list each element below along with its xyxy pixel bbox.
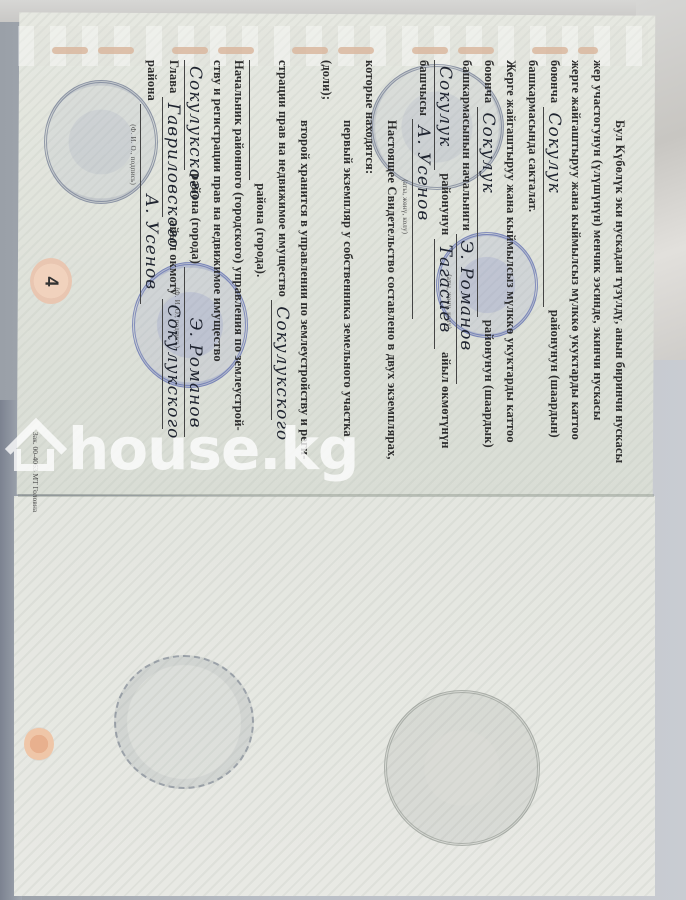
district-field: Сокулукского — [162, 299, 179, 429]
watermark-text: house.kg — [68, 420, 358, 478]
district-field: Сокулук — [543, 107, 560, 307]
district-field: Сокулук — [477, 107, 494, 317]
signature-field: А. Усенов(Ф. И. О., подпись) — [140, 104, 157, 304]
embossed-seal — [384, 690, 540, 846]
text-line: боюнча Сокулук районунун (шаардын) — [543, 60, 565, 490]
text-line: башчысы А. Усенов(аты, жөнү, колу) — [412, 60, 434, 490]
ornament-dash — [218, 47, 254, 54]
house-icon — [8, 425, 60, 473]
signature-field: А. Усенов(аты, жөнү, колу) — [412, 119, 429, 319]
ornament-dash — [458, 47, 494, 54]
page-fold — [18, 494, 654, 497]
watermark: house.kg — [8, 420, 358, 478]
village-field: Тагасиев — [434, 239, 451, 349]
security-rosette-icon — [24, 727, 54, 761]
ornament-dash — [532, 47, 568, 54]
district-field: Сокулук — [434, 60, 451, 170]
signature-field: Э. Романов(аты, жөнү, колу) — [456, 234, 473, 384]
text-line: жер участогунун (үлүшүнүн) менчик ээсинд… — [586, 60, 608, 490]
text-line: Бул Күбөлүк эки нускадан түзүлдү, анын б… — [608, 60, 630, 490]
district-field — [249, 60, 266, 180]
certificate-page-lower — [14, 496, 655, 896]
text-line: Жерге жайгаштыруу жана кыймылсыз мүлккө … — [499, 60, 521, 490]
text-line: башкармасында сакталат. — [521, 60, 543, 490]
ornament-dash — [412, 47, 448, 54]
text-line: боюнча Сокулук районунун (шаардык) — [477, 60, 499, 490]
ornament-dash — [52, 47, 88, 54]
signature-field: Э. Романов(Ф. И. О., подпись) — [184, 267, 201, 437]
ornament-dash — [292, 47, 328, 54]
stamp-imprint-faint — [114, 655, 254, 789]
ornament-dash — [172, 47, 208, 54]
district-field: Сокулукского — [184, 60, 201, 170]
village-field: Гавриловского — [162, 97, 179, 217]
text-line: башкармасынын начальниги Э. Романов(аты,… — [456, 60, 478, 490]
text-line: которые находятся: — [358, 60, 380, 490]
text-line: Сокулук районунун Тагасиев айыл өкмөтүнү… — [434, 60, 456, 490]
text-line: жерге жайгаштыруу жана кыймылсыз мүлккө … — [565, 60, 587, 490]
ornament-dash — [98, 47, 134, 54]
text-line: Настоящее Свидетельство составлено в дву… — [380, 60, 402, 490]
district-field: Сокулукского — [271, 300, 288, 420]
ornament-dash — [338, 47, 374, 54]
ornament-dash — [578, 47, 598, 54]
